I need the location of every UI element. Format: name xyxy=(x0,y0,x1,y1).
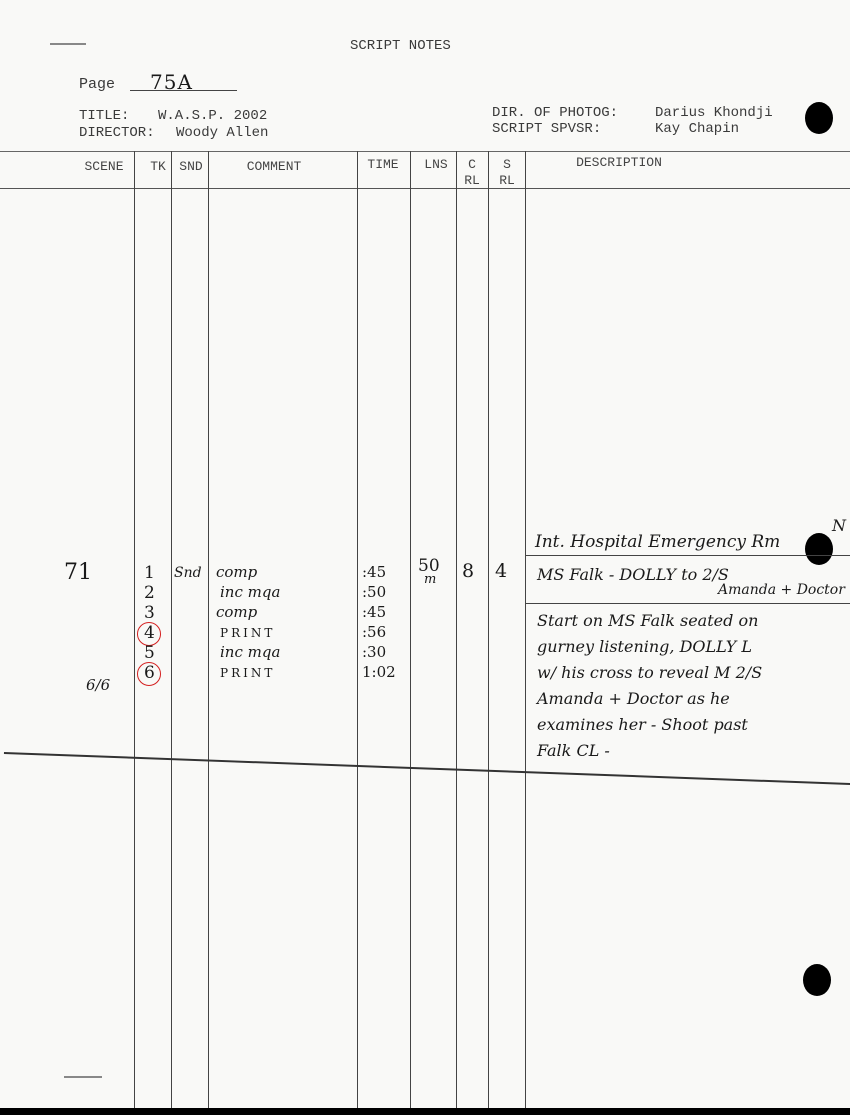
col-divider xyxy=(456,151,457,1108)
camera-roll-value: 8 xyxy=(462,560,474,582)
col-header-camera-roll: C RL xyxy=(458,157,486,189)
description-rule-2 xyxy=(525,603,850,604)
col-header-sound-roll: S RL xyxy=(492,157,522,189)
col-divider xyxy=(410,151,411,1108)
take-time: :30 xyxy=(362,643,386,661)
col-divider xyxy=(525,151,526,1108)
take-time: :45 xyxy=(362,603,386,621)
header-bottom-rule xyxy=(0,188,850,189)
description-line: Start on MS Falk seated on xyxy=(537,611,758,630)
col-header-comment: COMMENT xyxy=(220,159,328,175)
director-value: Woody Allen xyxy=(176,125,268,141)
take-comment: PRINT xyxy=(220,626,275,640)
col-divider xyxy=(357,151,358,1108)
take-time: 1:02 xyxy=(362,663,396,681)
sound-value: Snd xyxy=(174,565,202,581)
take-comment: inc mqa xyxy=(220,643,280,661)
col-header-description: DESCRIPTION xyxy=(563,155,675,171)
punch-hole-top xyxy=(805,102,833,134)
col-header-scene: SCENE xyxy=(74,159,134,175)
take-number: 5 xyxy=(144,643,155,663)
print-circle xyxy=(137,662,161,686)
director-label: DIRECTOR: xyxy=(79,125,155,141)
col-header-time: TIME xyxy=(359,157,407,173)
lines-note: m xyxy=(424,572,436,587)
col-divider xyxy=(488,151,489,1108)
supervisor-value: Kay Chapin xyxy=(655,121,739,137)
description-shot-line-1: MS Falk - DOLLY to 2/S xyxy=(537,565,729,584)
col-divider xyxy=(171,151,172,1108)
description-line: Falk CL - xyxy=(537,741,610,760)
description-line: w/ his cross to reveal M 2/S xyxy=(537,663,762,682)
binder-mark-top xyxy=(50,43,86,45)
take-number: 1 xyxy=(144,563,155,583)
col-header-sound: SND xyxy=(175,159,207,175)
dop-label: DIR. OF PHOTOG: xyxy=(492,105,618,121)
title-label: TITLE: xyxy=(79,108,129,124)
take-comment: comp xyxy=(216,563,257,581)
take-time: :45 xyxy=(362,563,386,581)
description-day-night: N xyxy=(832,516,846,535)
take-number: 2 xyxy=(144,583,155,603)
sound-roll-value: 4 xyxy=(495,560,507,582)
table-top-rule xyxy=(0,151,850,152)
take-time: :56 xyxy=(362,623,386,641)
punch-hole-middle xyxy=(805,533,833,565)
col-divider xyxy=(134,151,135,1108)
col-header-take: TK xyxy=(146,159,170,175)
description-setting: Int. Hospital Emergency Rm xyxy=(535,532,780,552)
entry-end-rule xyxy=(4,752,850,785)
scene-count: 6/6 xyxy=(86,676,110,694)
description-shot-line-2: Amanda + Doctor xyxy=(718,582,845,598)
col-header-lines: LNS xyxy=(416,157,456,173)
take-comment: comp xyxy=(216,603,257,621)
description-rule-1 xyxy=(525,555,850,556)
title-value: W.A.S.P. 2002 xyxy=(158,108,267,124)
description-line: gurney listening, DOLLY L xyxy=(537,637,752,656)
punch-hole-bottom xyxy=(803,964,831,996)
binder-mark-bottom xyxy=(64,1076,102,1078)
dop-value: Darius Khondji xyxy=(655,105,773,121)
description-line: examines her - Shoot past xyxy=(537,715,748,734)
col-divider xyxy=(208,151,209,1108)
supervisor-label: SCRIPT SPVSR: xyxy=(492,121,601,137)
take-comment: inc mqa xyxy=(220,583,280,601)
take-comment: PRINT xyxy=(220,666,275,680)
take-time: :50 xyxy=(362,583,386,601)
page-label: Page xyxy=(79,76,115,93)
take-number: 3 xyxy=(144,603,155,623)
page-number: 75A xyxy=(150,70,193,94)
description-line: Amanda + Doctor as he xyxy=(537,689,730,708)
scene-number: 71 xyxy=(64,560,92,585)
form-title: SCRIPT NOTES xyxy=(350,38,451,54)
script-notes-sheet: SCRIPT NOTES Page 75A TITLE: W.A.S.P. 20… xyxy=(0,0,850,1108)
